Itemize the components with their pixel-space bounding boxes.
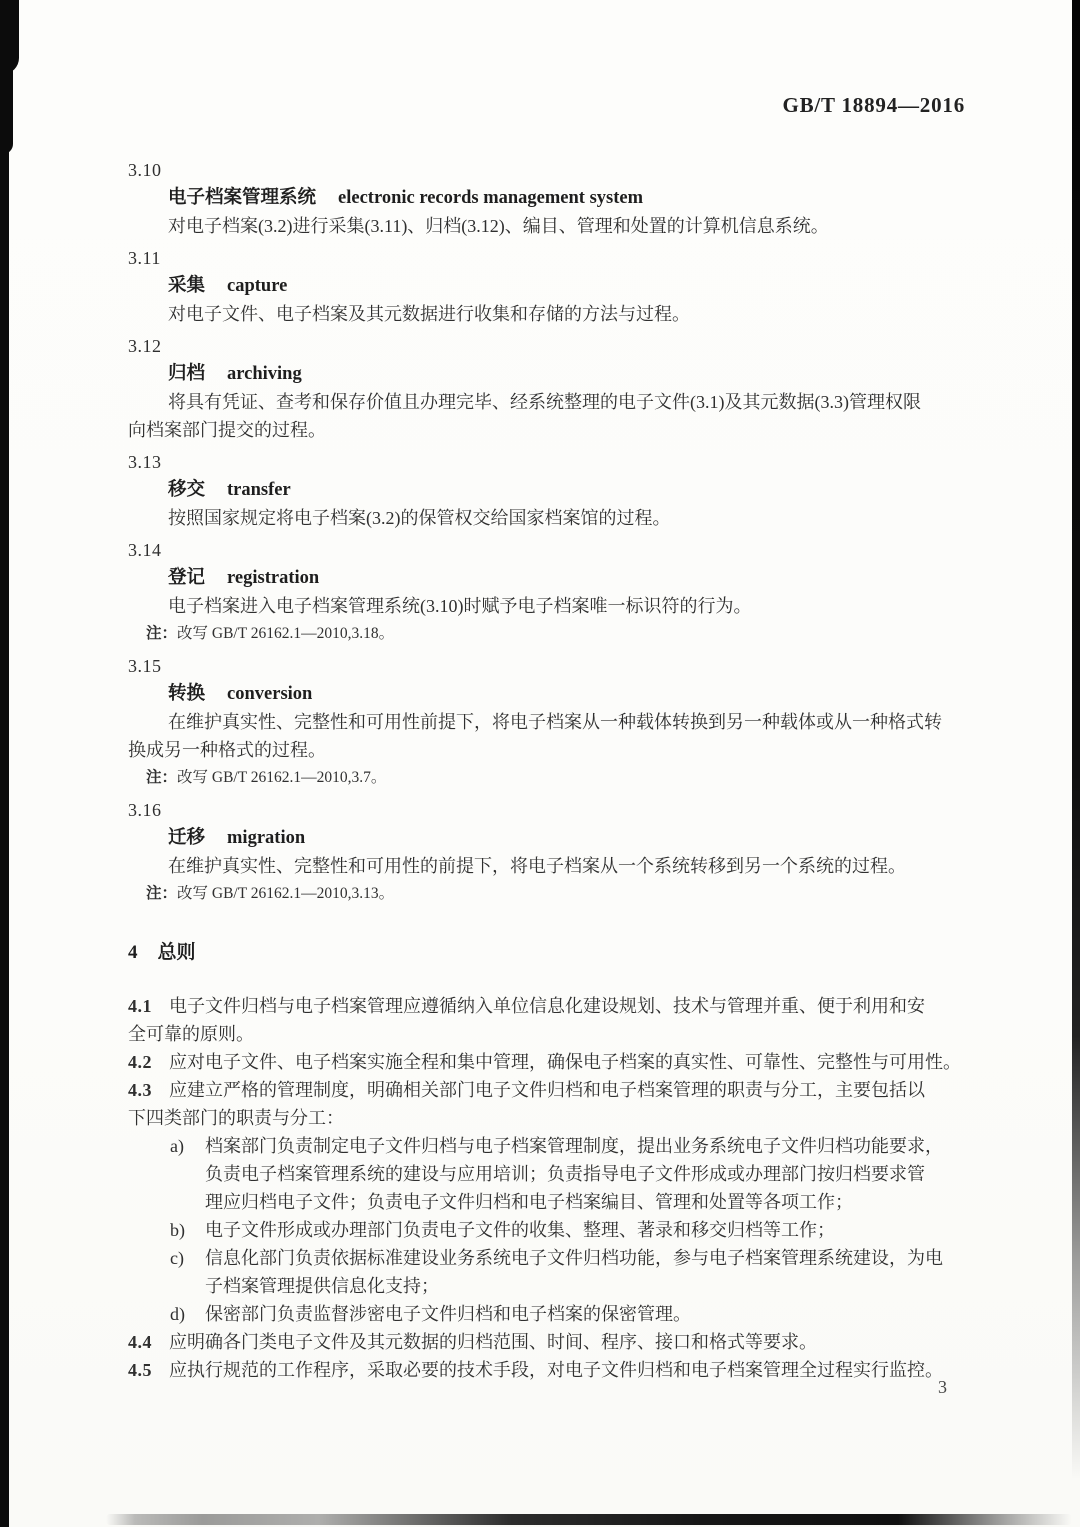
term-title-zh: 电子档案管理系统: [168, 188, 316, 208]
list-item-text-line: 信息化部门负责依据标准建设业务系统电子文件归档功能，参与电子档案管理系统建设，为…: [205, 1248, 943, 1268]
term-definition-line: 对电子文件、电子档案及其元数据进行收集和存储的方法与过程。: [128, 300, 973, 328]
term-entry-3-10: 3.10 电子档案管理系统electronic records manageme…: [128, 156, 973, 240]
note-label: 注：: [146, 885, 177, 902]
term-number: 3.12: [128, 332, 973, 360]
right-scan-edge-artifact: [1072, 0, 1080, 1480]
list-item-marker: b): [170, 1216, 205, 1244]
term-definition-line: 将具有凭证、查考和保存价值且办理完毕、经系统整理的电子文件(3.1)及其元数据(…: [128, 388, 973, 416]
clause-4-2: 4.2应对电子文件、电子档案实施全程和集中管理，确保电子档案的真实性、可靠性、完…: [128, 1048, 973, 1076]
clause-number: 4.1: [128, 996, 152, 1016]
clause-text-line: 应明确各门类电子文件及其元数据的归档范围、时间、程序、接口和格式等要求。: [169, 1332, 817, 1352]
list-item-d: d)保密部门负责监督涉密电子文件归档和电子档案的保密管理。: [128, 1300, 973, 1328]
list-item-marker: d): [170, 1300, 205, 1328]
document-page: GB/T 18894—2016 3.10 电子档案管理系统electronic …: [0, 0, 1080, 1527]
note-label: 注：: [146, 625, 177, 642]
term-title: 转换conversion: [128, 680, 973, 708]
clause-4-3: 4.3应建立严格的管理制度，明确相关部门电子文件归档和电子档案管理的职责与分工，…: [128, 1076, 973, 1132]
note-text: 改写 GB/T 26162.1—2010,3.13。: [177, 885, 394, 902]
term-title: 采集capture: [128, 272, 973, 300]
clause-text-line: 全可靠的原则。: [128, 1020, 973, 1048]
term-entry-3-16: 3.16 迁移migration 在维护真实性、完整性和可用性的前提下，将电子档…: [128, 796, 973, 908]
list-item-text-line: 负责电子档案管理系统的建设与应用培训；负责指导电子文件形成或办理部门按归档要求管: [128, 1160, 973, 1188]
term-number: 3.10: [128, 156, 973, 184]
term-title-zh: 迁移: [168, 828, 205, 848]
term-title-en: conversion: [227, 684, 312, 704]
clause-number: 4.4: [128, 1332, 152, 1352]
clause-4-1: 4.1电子文件归档与电子档案管理应遵循纳入单位信息化建设规划、技术与管理并重、便…: [128, 992, 973, 1048]
term-definition-line: 按照国家规定将电子档案(3.2)的保管权交给国家档案馆的过程。: [128, 504, 973, 532]
clause-text-line: 应建立严格的管理制度，明确相关部门电子文件归档和电子档案管理的职责与分工，主要包…: [169, 1080, 925, 1100]
term-entry-3-13: 3.13 移交transfer 按照国家规定将电子档案(3.2)的保管权交给国家…: [128, 448, 973, 532]
term-title-en: electronic records management system: [338, 188, 643, 208]
page-number: 3: [938, 1377, 947, 1398]
section-title: 总则: [158, 942, 196, 963]
term-title: 登记registration: [128, 564, 973, 592]
term-title-en: registration: [227, 568, 319, 588]
term-definition-line: 电子档案进入电子档案管理系统(3.10)时赋予电子档案唯一标识符的行为。: [128, 592, 973, 620]
term-definition-line: 对电子档案(3.2)进行采集(3.11)、归档(3.12)、编目、管理和处置的计…: [128, 212, 973, 240]
list-item-text-line: 理应归档电子文件；负责电子文件归档和电子档案编目、管理和处置等各项工作；: [128, 1188, 973, 1216]
term-number: 3.14: [128, 536, 973, 564]
clause-text-line: 电子文件归档与电子档案管理应遵循纳入单位信息化建设规划、技术与管理并重、便于利用…: [169, 996, 925, 1016]
section-number: 4: [128, 942, 138, 963]
clause-number: 4.2: [128, 1052, 152, 1072]
list-item-text-line: 档案部门负责制定电子文件归档与电子档案管理制度，提出业务系统电子文件归档功能要求…: [205, 1136, 943, 1156]
term-title: 归档archiving: [128, 360, 973, 388]
term-entry-3-14: 3.14 登记registration 电子档案进入电子档案管理系统(3.10)…: [128, 536, 973, 648]
term-definition-line: 在维护真实性、完整性和可用性的前提下，将电子档案从一个系统转移到另一个系统的过程…: [128, 852, 973, 880]
term-title-en: migration: [227, 828, 305, 848]
note-text: 改写 GB/T 26162.1—2010,3.18。: [177, 625, 394, 642]
clause-number: 4.3: [128, 1080, 152, 1100]
term-number: 3.11: [128, 244, 973, 272]
term-note: 注：改写 GB/T 26162.1—2010,3.7。: [128, 764, 973, 792]
list-item-marker: c): [170, 1244, 205, 1272]
term-title-zh: 转换: [168, 684, 205, 704]
term-entry-3-15: 3.15 转换conversion 在维护真实性、完整性和可用性前提下，将电子档…: [128, 652, 973, 792]
list-item-text-line: 保密部门负责监督涉密电子文件归档和电子档案的保密管理。: [205, 1304, 691, 1324]
list-item-text-line: 子档案管理提供信息化支持；: [128, 1272, 973, 1300]
term-entry-3-11: 3.11 采集capture 对电子文件、电子档案及其元数据进行收集和存储的方法…: [128, 244, 973, 328]
term-title-zh: 移交: [168, 480, 205, 500]
term-definition-line: 向档案部门提交的过程。: [128, 416, 973, 444]
clause-text-line: 下四类部门的职责与分工：: [128, 1104, 973, 1132]
term-definition-line: 换成另一种格式的过程。: [128, 736, 973, 764]
clause-4-4: 4.4应明确各门类电子文件及其元数据的归档范围、时间、程序、接口和格式等要求。: [128, 1328, 973, 1356]
clause-text-line: 应对电子文件、电子档案实施全程和集中管理，确保电子档案的真实性、可靠性、完整性与…: [169, 1052, 961, 1072]
standard-code-header: GB/T 18894—2016: [128, 92, 973, 118]
left-scan-edge-artifact-mid: [0, 64, 13, 154]
left-scan-edge-artifact-top: [0, 0, 19, 74]
note-label: 注：: [146, 769, 177, 786]
clause-4-5: 4.5应执行规范的工作程序，采取必要的技术手段，对电子文件归档和电子档案管理全过…: [128, 1356, 973, 1384]
list-item-a: a)档案部门负责制定电子文件归档与电子档案管理制度，提出业务系统电子文件归档功能…: [128, 1132, 973, 1216]
list-item-c: c)信息化部门负责依据标准建设业务系统电子文件归档功能，参与电子档案管理系统建设…: [128, 1244, 973, 1300]
left-scan-edge-artifact: [0, 0, 9, 1527]
section-4-heading: 4总则: [128, 939, 973, 967]
list-item-text-line: 电子文件形成或办理部门负责电子文件的收集、整理、著录和移交归档等工作；: [205, 1220, 835, 1240]
term-definition-line: 在维护真实性、完整性和可用性前提下，将电子档案从一种载体转换到另一种载体或从一种…: [128, 708, 973, 736]
term-entry-3-12: 3.12 归档archiving 将具有凭证、查考和保存价值且办理完毕、经系统整…: [128, 332, 973, 444]
term-number: 3.16: [128, 796, 973, 824]
term-title: 电子档案管理系统electronic records management sy…: [128, 184, 973, 212]
term-title: 移交transfer: [128, 476, 973, 504]
term-note: 注：改写 GB/T 26162.1—2010,3.13。: [128, 880, 973, 908]
clause-number: 4.5: [128, 1360, 152, 1380]
clause-text-line: 应执行规范的工作程序，采取必要的技术手段，对电子文件归档和电子档案管理全过程实行…: [169, 1360, 943, 1380]
term-title-en: capture: [227, 276, 287, 296]
term-title-en: archiving: [227, 364, 302, 384]
bottom-scan-edge-artifact: [106, 1514, 1072, 1525]
list-item-marker: a): [170, 1132, 205, 1160]
term-number: 3.15: [128, 652, 973, 680]
term-title-zh: 采集: [168, 276, 205, 296]
term-title-en: transfer: [227, 480, 291, 500]
term-title: 迁移migration: [128, 824, 973, 852]
term-title-zh: 登记: [168, 568, 205, 588]
page-content: GB/T 18894—2016 3.10 电子档案管理系统electronic …: [128, 92, 973, 1384]
term-note: 注：改写 GB/T 26162.1—2010,3.18。: [128, 620, 973, 648]
note-text: 改写 GB/T 26162.1—2010,3.7。: [177, 769, 386, 786]
list-item-b: b)电子文件形成或办理部门负责电子文件的收集、整理、著录和移交归档等工作；: [128, 1216, 973, 1244]
term-number: 3.13: [128, 448, 973, 476]
term-title-zh: 归档: [168, 364, 205, 384]
